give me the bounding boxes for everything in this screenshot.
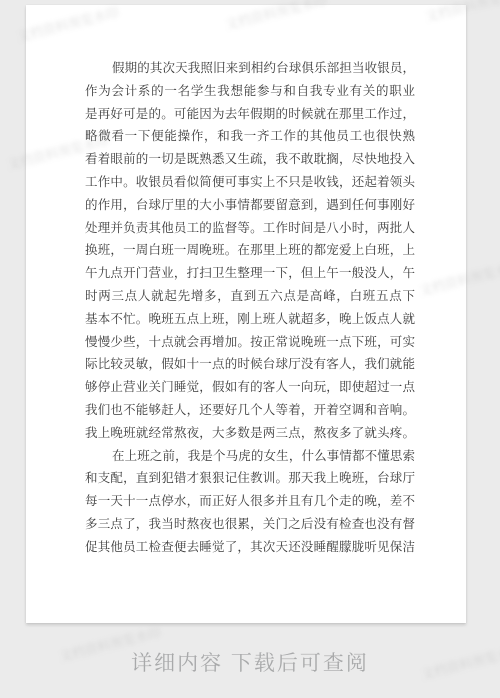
paragraph: 在上班之前，我是个马虎的女生，什么事情都不懂思索和支配，直到犯错才狠狠记住教训。… <box>85 445 415 559</box>
text-line: 处理并负责其他员工的监督等。工作时间是八小时，两批人 <box>85 217 415 240</box>
text-line: 时两三点人就起先增多，直到五六点是高峰，白班五点下班， <box>85 285 415 308</box>
text-line: 促其他员工检查便去睡觉了，其次天还没睡醒朦胧听见保洁 <box>85 536 415 559</box>
document-body: 假期的其次天我照旧来到相约台球俱乐部担当收银员，作为会计系的一名学生我想能参与和… <box>26 5 466 559</box>
text-line: 作为会计系的一名学生我想能参与和自我专业有关的职业 <box>85 80 415 103</box>
text-line: 多三点了，我当时熬夜也很累，关门之后没有检查也没有督 <box>85 513 415 536</box>
text-line: 是再好可是的。可能因为去年假期的时候就在那里工作过， <box>85 103 415 126</box>
text-line: 略微看一下便能操作，和我一齐工作的其他员工也很快熟悉， <box>85 125 415 148</box>
text-line: 午九点开门营业，打扫卫生整理一下，但上午一般没人，午 <box>85 262 415 285</box>
text-line: 我上晚班就经常熬夜，大多数是两三点，熬夜多了就头疼。 <box>85 422 415 445</box>
text-line: 每一天十一点停水，而正好人很多并且有几个走的晚，差不 <box>85 490 415 513</box>
text-line: 工作中。收银员看似简便可事实上不只是收钱，还起着领头 <box>85 171 415 194</box>
text-line: 假期的其次天我照旧来到相约台球俱乐部担当收银员， <box>85 57 415 80</box>
text-line: 和支配，直到犯错才狠狠记住教训。那天我上晚班，台球厅 <box>85 467 415 490</box>
text-line: 够停止营业关门睡觉，假如有的客人一向玩，即使超过一点 <box>85 376 415 399</box>
document-page: 假期的其次天我照旧来到相约台球俱乐部担当收银员，作为会计系的一名学生我想能参与和… <box>26 5 466 623</box>
text-line: 的作用，台球厅里的大小事情都要留意到，遇到任何事刚好 <box>85 194 415 217</box>
paragraph: 假期的其次天我照旧来到相约台球俱乐部担当收银员，作为会计系的一名学生我想能参与和… <box>85 57 415 445</box>
text-line: 慢慢少些，十点就会再增加。按正常说晚班一点下班，可实 <box>85 331 415 354</box>
footer-caption: 详细内容 下载后可查阅 <box>0 647 500 677</box>
text-line: 换班，一周白班一周晚班。在那里上班的都宠爱上白班，上 <box>85 239 415 262</box>
text-line: 基本不忙。晚班五点上班，刚上班人就超多，晚上饭点人就 <box>85 308 415 331</box>
text-line: 在上班之前，我是个马虎的女生，什么事情都不懂思索 <box>85 445 415 468</box>
text-line: 我们也不能够赶人，还要好几个人等着，开着空调和音响。 <box>85 399 415 422</box>
text-line: 看着眼前的一切是既熟悉又生疏，我不敢耽搁，尽快地投入 <box>85 148 415 171</box>
text-line: 际比较灵敏，假如十一点的时候台球厅没有客人，我们就能 <box>85 353 415 376</box>
